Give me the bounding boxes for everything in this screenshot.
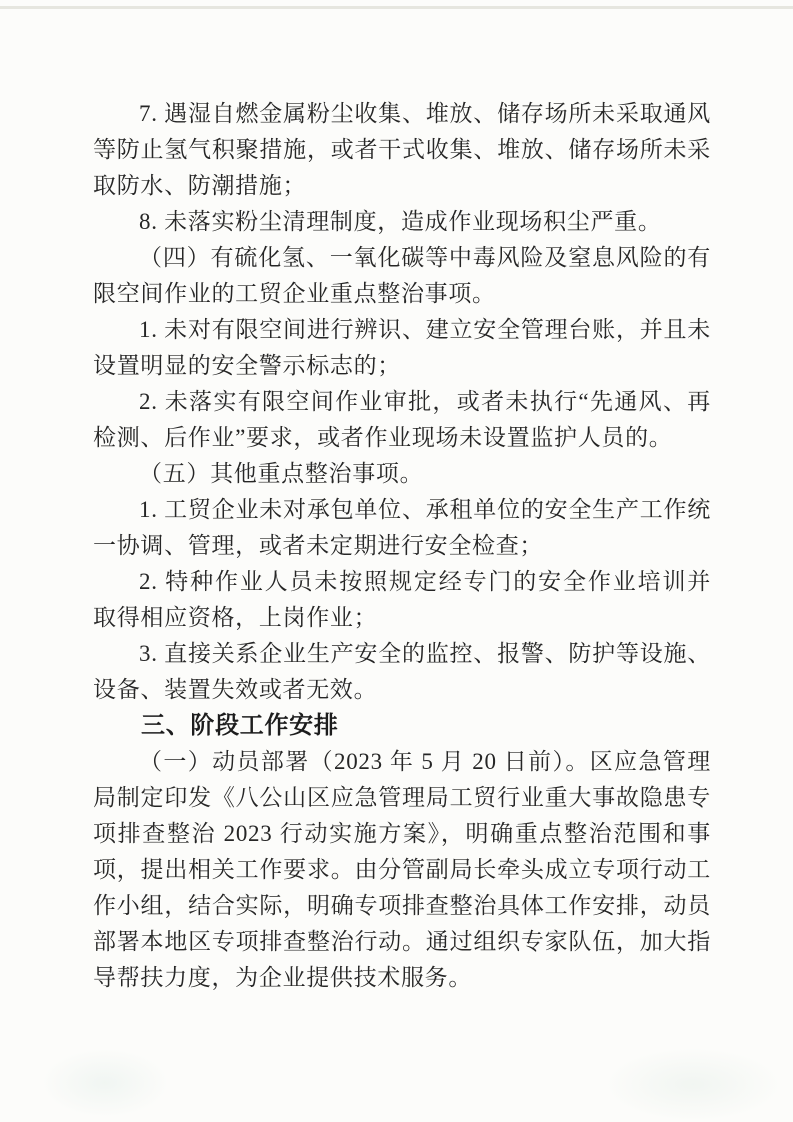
text-line: （五）其他重点整治事项。: [93, 456, 711, 492]
text-line: 8. 未落实粉尘清理制度，造成作业现场积尘严重。: [93, 204, 711, 240]
text-line: （四）有硫化氢、一氧化碳等中毒风险及窒息风险的有: [93, 240, 711, 276]
text-line: 导帮扶力度，为企业提供技术服务。: [93, 960, 711, 996]
scanned-document-page: 7. 遇湿自燃金属粉尘收集、堆放、储存场所未采取通风 等防止氢气积聚措施，或者干…: [0, 0, 793, 1122]
text-line: 设备、装置失效或者无效。: [93, 672, 711, 708]
text-line: 作小组，结合实际，明确专项排查整治具体工作安排，动员: [93, 888, 711, 924]
text-line: 局制定印发《八公山区应急管理局工贸行业重大事故隐患专: [93, 780, 711, 816]
text-line: 2. 特种作业人员未按照规定经专门的安全作业培训并: [93, 564, 711, 600]
text-line: 2. 未落实有限空间作业审批，或者未执行“先通风、再: [93, 384, 711, 420]
text-line: 3. 直接关系企业生产安全的监控、报警、防护等设施、: [93, 636, 711, 672]
text-line: 项排查整治 2023 行动实施方案》，明确重点整治范围和事: [93, 816, 711, 852]
scan-smudge-right: [603, 1047, 783, 1122]
text-line: 项，提出相关工作要求。由分管副局长牵头成立专项行动工: [93, 852, 711, 888]
text-line: 取得相应资格，上岗作业；: [93, 600, 711, 636]
text-line: 设置明显的安全警示标志的；: [93, 348, 711, 384]
text-line: 取防水、防潮措施；: [93, 168, 711, 204]
text-line: 7. 遇湿自燃金属粉尘收集、堆放、储存场所未采取通风: [93, 96, 711, 132]
scan-edge-artifact: [0, 6, 793, 9]
text-line: 部署本地区专项排查整治行动。通过组织专家队伍，加大指: [93, 924, 711, 960]
text-line: 限空间作业的工贸企业重点整治事项。: [93, 276, 711, 312]
text-line: 一协调、管理，或者未定期进行安全检查；: [93, 528, 711, 564]
text-line: 1. 未对有限空间进行辨识、建立安全管理台账，并且未: [93, 312, 711, 348]
document-body: 7. 遇湿自燃金属粉尘收集、堆放、储存场所未采取通风 等防止氢气积聚措施，或者干…: [93, 96, 711, 996]
text-line: 检测、后作业”要求，或者作业现场未设置监护人员的。: [93, 420, 711, 456]
text-line: 1. 工贸企业未对承包单位、承租单位的安全生产工作统: [93, 492, 711, 528]
scan-smudge-left: [40, 1048, 170, 1118]
text-line: 等防止氢气积聚措施，或者干式收集、堆放、储存场所未采: [93, 132, 711, 168]
section-heading: 三、阶段工作安排: [93, 708, 711, 744]
text-line: （一）动员部署（2023 年 5 月 20 日前）。区应急管理: [93, 744, 711, 780]
